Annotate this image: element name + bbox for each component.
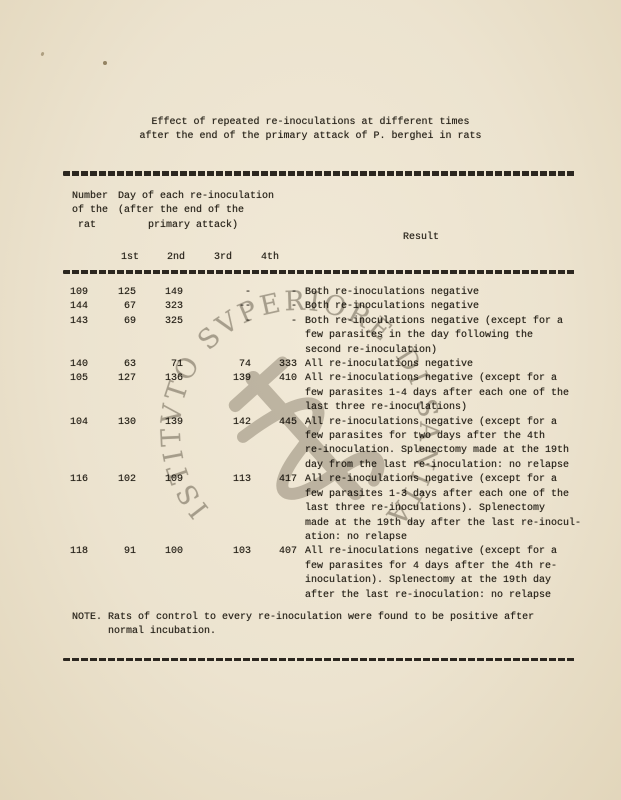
rat-number: 118 bbox=[70, 545, 106, 559]
day-3rd: - bbox=[183, 315, 251, 329]
title-line-1: Effect of repeated re-inoculations at di… bbox=[30, 116, 591, 130]
result-text: All re-inoculations negative bbox=[305, 358, 473, 372]
day-1st: 130 bbox=[106, 416, 136, 430]
paper-speck bbox=[103, 61, 107, 65]
day-2nd: 323 bbox=[136, 300, 183, 314]
table-row: 118 91 100 103 407 All re-inoculations n… bbox=[70, 545, 585, 603]
result-text: All re-inoculations negative (except for… bbox=[305, 372, 569, 415]
document-title: Effect of repeated re-inoculations at di… bbox=[30, 116, 591, 145]
result-text: All re-inoculations negative (except for… bbox=[305, 473, 581, 545]
rat-number: 140 bbox=[70, 358, 106, 372]
result-text: Both re-inoculations negative (except fo… bbox=[305, 315, 563, 358]
day-4th: - bbox=[251, 315, 297, 329]
day-4th: - bbox=[251, 300, 297, 314]
day-3rd: -- bbox=[183, 300, 251, 314]
rat-number: 143 bbox=[70, 315, 106, 329]
result-text: Both re-inoculations negative bbox=[305, 300, 479, 314]
rat-number: 144 bbox=[70, 300, 106, 314]
day-2nd: 109 bbox=[136, 473, 183, 487]
day-1st: 127 bbox=[106, 372, 136, 386]
subheader-1st: 1st bbox=[121, 251, 139, 265]
day-3rd: 103 bbox=[183, 545, 251, 559]
day-4th: 445 bbox=[251, 416, 297, 430]
title-line-2: after the end of the primary attack of P… bbox=[30, 130, 591, 144]
result-text: All re-inoculations negative (except for… bbox=[305, 545, 557, 603]
day-3rd: 139 bbox=[183, 372, 251, 386]
subheader-4th: 4th bbox=[261, 251, 279, 265]
day-4th: 417 bbox=[251, 473, 297, 487]
column-header-day-of-reinoculation: Day of each re-inoculation (after the en… bbox=[118, 190, 274, 233]
day-1st: 125 bbox=[106, 286, 136, 300]
rat-number: 105 bbox=[70, 372, 106, 386]
day-2nd: 149 bbox=[136, 286, 183, 300]
table-row: 104 130 139 142 445 All re-inoculations … bbox=[70, 416, 585, 474]
horizontal-rule-header bbox=[63, 270, 575, 274]
footnote: NOTE. Rats of control to every re-inocul… bbox=[72, 611, 534, 640]
rat-number: 116 bbox=[70, 473, 106, 487]
day-3rd: 74 bbox=[183, 358, 251, 372]
table-row: 116 102 109 113 417 All re-inoculations … bbox=[70, 473, 585, 545]
day-1st: 102 bbox=[106, 473, 136, 487]
document-page: Effect of repeated re-inoculations at di… bbox=[0, 0, 621, 800]
day-3rd: 142 bbox=[183, 416, 251, 430]
column-header-rat-number: Number of the rat bbox=[72, 190, 108, 233]
table-row: 140 63 71 74 333 All re-inoculations neg… bbox=[70, 358, 585, 372]
day-2nd: 136 bbox=[136, 372, 183, 386]
rat-number: 104 bbox=[70, 416, 106, 430]
day-2nd: 71 bbox=[136, 358, 183, 372]
day-4th: 410 bbox=[251, 372, 297, 386]
day-4th: 333 bbox=[251, 358, 297, 372]
day-2nd: 100 bbox=[136, 545, 183, 559]
day-2nd: 139 bbox=[136, 416, 183, 430]
subheader-3rd: 3rd bbox=[214, 251, 232, 265]
subheader-2nd: 2nd bbox=[167, 251, 185, 265]
day-1st: 91 bbox=[106, 545, 136, 559]
day-4th: - bbox=[251, 286, 297, 300]
paper-speck bbox=[40, 52, 44, 57]
day-1st: 63 bbox=[106, 358, 136, 372]
day-1st: 69 bbox=[106, 315, 136, 329]
day-4th: 407 bbox=[251, 545, 297, 559]
rat-number: 109 bbox=[70, 286, 106, 300]
result-text: All re-inoculations negative (except for… bbox=[305, 416, 569, 474]
horizontal-rule-top bbox=[63, 171, 575, 176]
day-3rd: 113 bbox=[183, 473, 251, 487]
table-row: 144 67 323 -- - Both re-inoculations neg… bbox=[70, 300, 585, 314]
table-row: 105 127 136 139 410 All re-inoculations … bbox=[70, 372, 585, 415]
data-table: 109 125 149 - - Both re-inoculations neg… bbox=[70, 286, 585, 603]
table-row: 143 69 325 - - Both re-inoculations nega… bbox=[70, 315, 585, 358]
day-3rd: - bbox=[183, 286, 251, 300]
day-1st: 67 bbox=[106, 300, 136, 314]
horizontal-rule-bottom bbox=[63, 658, 575, 661]
day-2nd: 325 bbox=[136, 315, 183, 329]
column-header-result: Result bbox=[403, 231, 439, 245]
table-row: 109 125 149 - - Both re-inoculations neg… bbox=[70, 286, 585, 300]
result-text: Both re-inoculations negative bbox=[305, 286, 479, 300]
